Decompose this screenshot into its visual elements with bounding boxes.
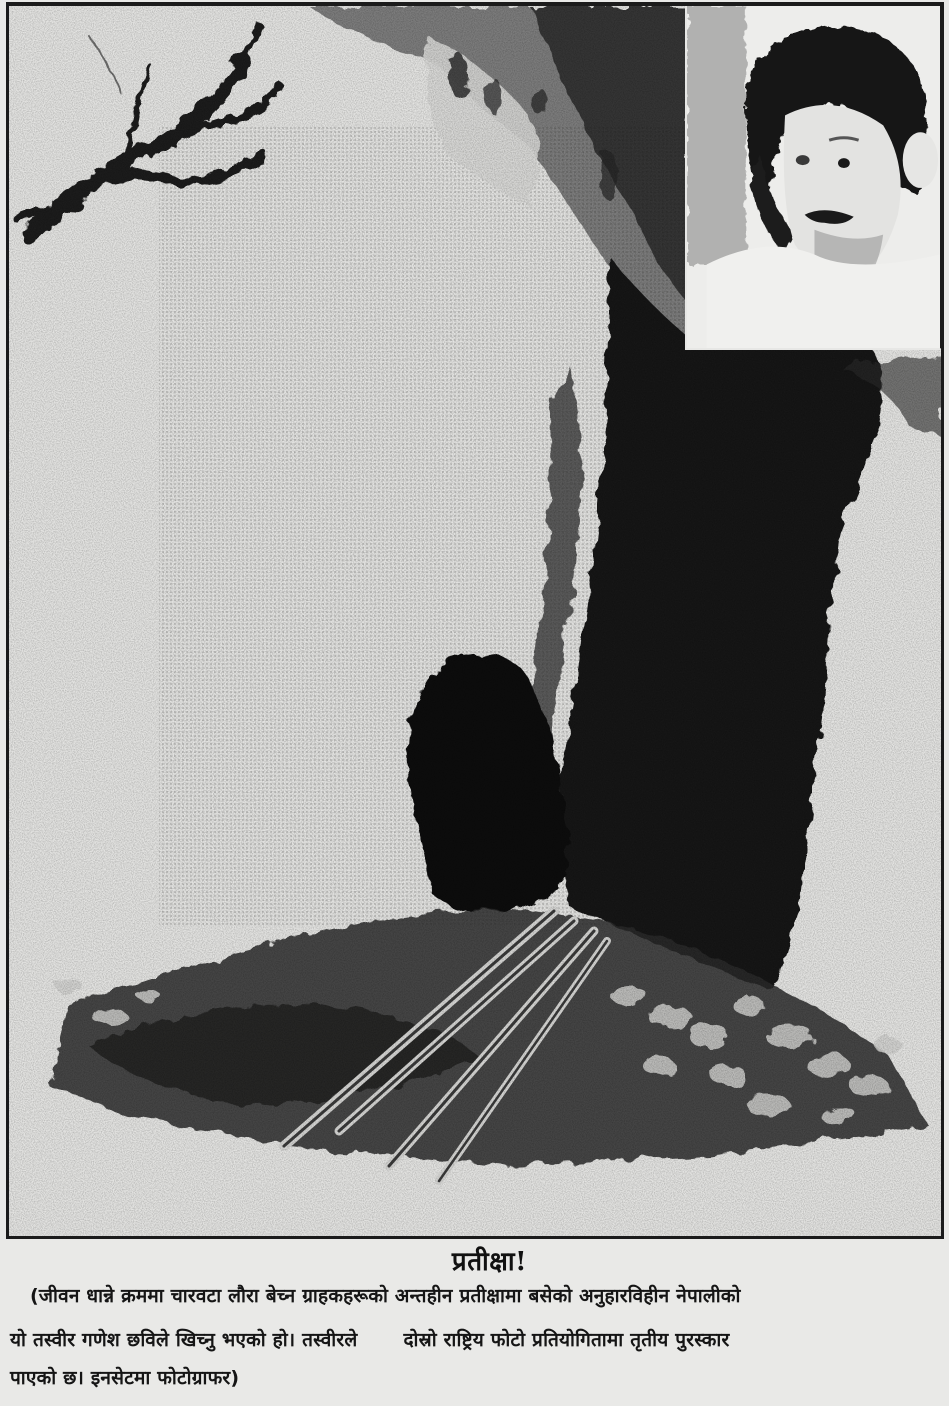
caption-line-2b: दोस्रो राष्ट्रिय फोटो प्रतियोगितामा तृती… [403,1329,729,1351]
photo-caption: प्रतीक्षा! (जीवन धान्ने क्रममा चारवटा लौ… [0,1238,949,1406]
inset-portrait-photographer [685,6,943,350]
caption-line-2a: यो तस्वीर गणेश छविले खिच्नु भएको हो। तस्… [10,1329,357,1351]
caption-line-1: (जीवन धान्ने क्रममा चारवटा लौरा बेच्न ग्… [30,1282,741,1308]
main-photograph [6,2,944,1239]
caption-title: प्रतीक्षा! [0,1242,949,1278]
caption-line-2: यो तस्वीर गणेश छविले खिच्नु भएको हो। तस्… [10,1326,729,1352]
portrait-illustration [687,6,940,348]
caption-line-3: पाएको छ। इनसेटमा फोटोग्राफर) [10,1364,239,1390]
